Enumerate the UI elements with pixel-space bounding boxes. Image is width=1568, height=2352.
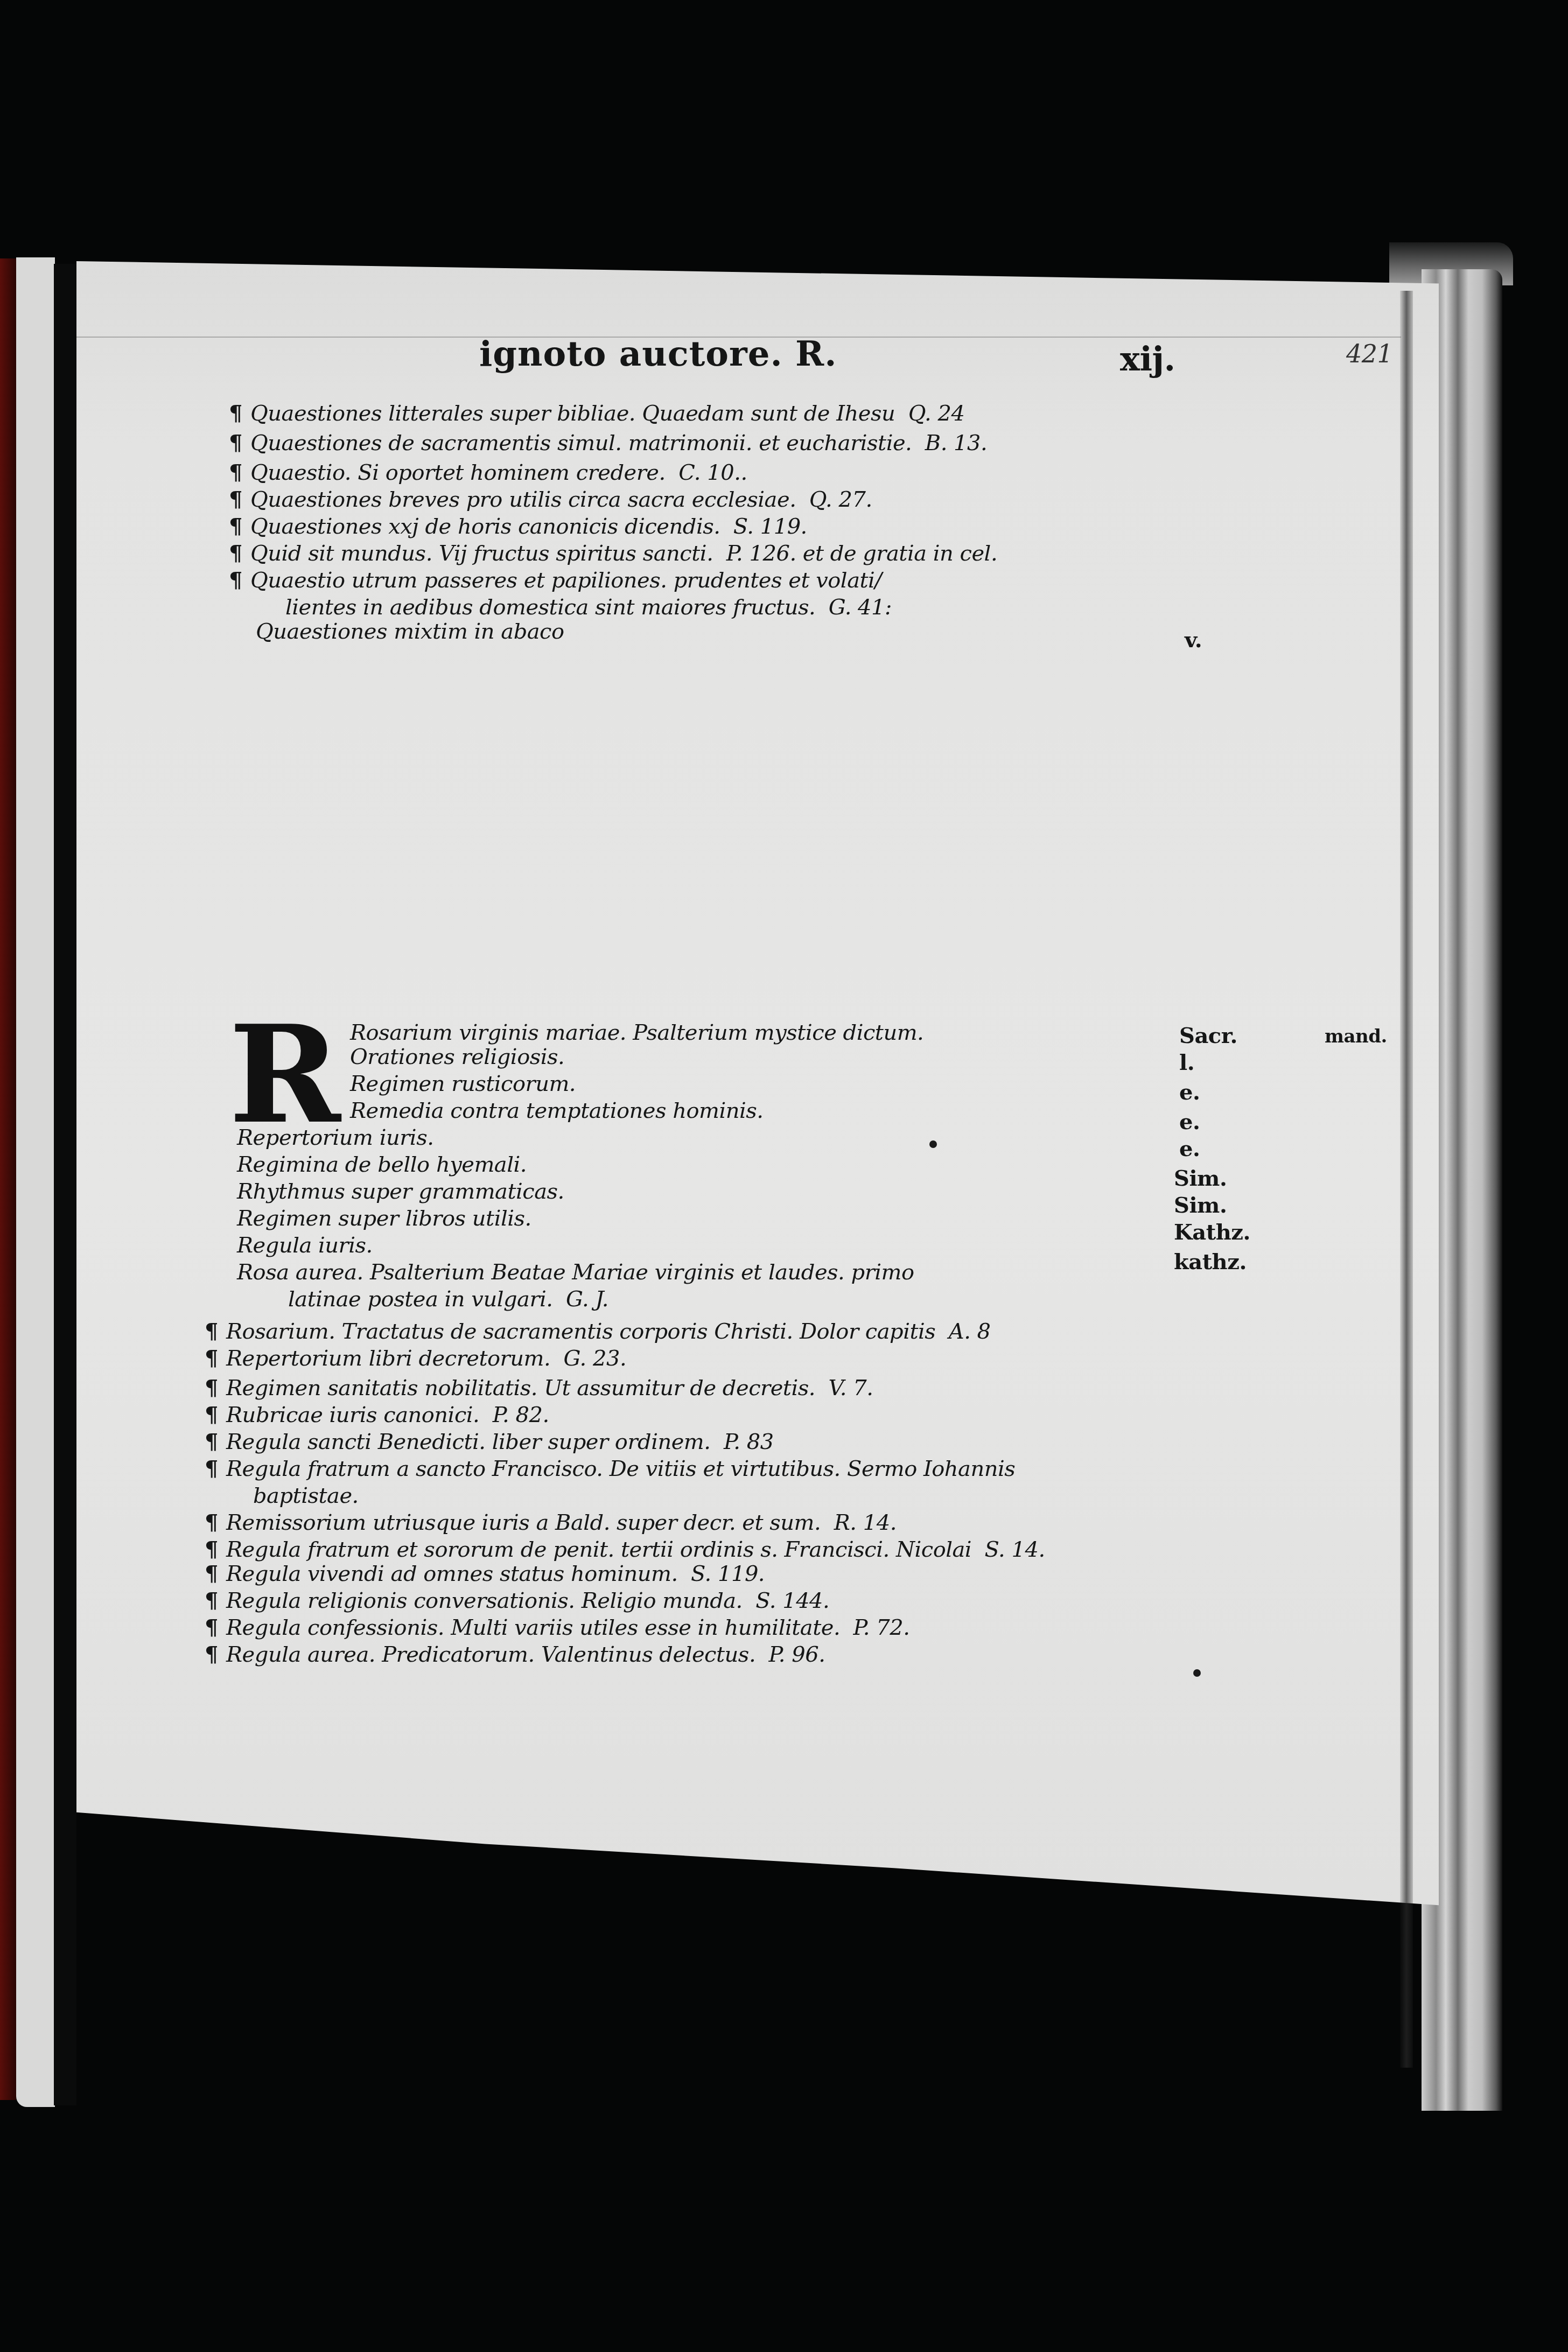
entry-text: Repertorium libri decretorum. xyxy=(226,1346,550,1371)
entry-text: Rubricae iuris canonici. xyxy=(226,1403,479,1427)
entry-text: Regula confessionis. Multi variis utiles… xyxy=(226,1615,840,1640)
entry-ref: S. 119. xyxy=(691,1562,765,1586)
pilcrow-icon: ¶ xyxy=(205,1615,226,1640)
margin-note: kathz. xyxy=(1174,1249,1247,1275)
pilcrow-icon: ¶ xyxy=(205,1376,226,1401)
index-entry: ¶Quaestiones litterales super bibliae. Q… xyxy=(229,401,964,426)
index-entry: Rosarium virginis mariae. Psalterium mys… xyxy=(350,1020,923,1045)
pilcrow-icon: ¶ xyxy=(205,1346,226,1371)
entry-ref: P. 82. xyxy=(493,1403,549,1427)
entry-ref: V. 7. xyxy=(828,1376,873,1401)
margin-note: e. xyxy=(1179,1136,1200,1161)
entry-ref: Q. 24 xyxy=(908,401,965,426)
index-entry: Regula iuris. xyxy=(237,1233,373,1258)
entry-text: Quaestiones xxj de horis canonicis dicen… xyxy=(250,514,720,539)
entry-ref: G. 41: xyxy=(829,595,892,620)
pilcrow-icon: ¶ xyxy=(205,1319,226,1344)
entry-ref: A. 8 xyxy=(949,1319,991,1344)
index-entry: ¶Regula sancti Benedicti. liber super or… xyxy=(205,1430,774,1454)
entry-text: Quid sit mundus. Vij fructus spiritus sa… xyxy=(250,541,713,566)
index-entry: Regimen rusticorum. xyxy=(350,1072,576,1096)
entry-text: Quaestio utrum passeres et papiliones. p… xyxy=(250,568,881,593)
pilcrow-icon: ¶ xyxy=(229,487,250,512)
entry-ref: G. 23. xyxy=(564,1346,627,1371)
index-entry: ¶Repertorium libri decretorum. G. 23. xyxy=(205,1346,626,1371)
index-entry: ¶Regula religionis conversationis. Relig… xyxy=(205,1588,829,1613)
page-heading: ignoto auctore. R. xyxy=(479,334,837,374)
entry-text: Remissorium utriusque iuris a Bald. supe… xyxy=(226,1510,821,1535)
index-entry: ¶Remissorium utriusque iuris a Bald. sup… xyxy=(205,1510,897,1535)
pilcrow-icon: ¶ xyxy=(205,1457,226,1481)
pilcrow-icon: ¶ xyxy=(229,460,250,485)
margin-note: e. xyxy=(1179,1109,1200,1135)
index-entry: ¶Quaestiones breves pro utilis circa sac… xyxy=(229,487,872,512)
index-entry: ¶Rosarium. Tractatus de sacramentis corp… xyxy=(205,1319,991,1344)
pilcrow-icon: ¶ xyxy=(229,568,250,593)
index-entry-continuation: lientes in aedibus domestica sint maiore… xyxy=(285,595,892,620)
index-entry: Regimina de bello hyemali. xyxy=(237,1152,527,1177)
index-entry: Rhythmus super grammaticas. xyxy=(237,1179,564,1204)
entry-text: Regula sancti Benedicti. liber super ord… xyxy=(226,1430,711,1454)
margin-note: Sim. xyxy=(1174,1193,1227,1218)
pilcrow-icon: ¶ xyxy=(229,541,250,566)
entry-text: Regula fratrum a sancto Francisco. De vi… xyxy=(226,1457,1015,1481)
index-entry: ¶Quaestiones de sacramentis simul. matri… xyxy=(229,431,987,456)
index-entry: ¶Quid sit mundus. Vij fructus spiritus s… xyxy=(229,541,997,566)
margin-note: Sim. xyxy=(1174,1166,1227,1191)
index-entry: Repertorium iuris. xyxy=(237,1125,433,1150)
entry-ref: R. 14. xyxy=(834,1510,897,1535)
pilcrow-icon: ¶ xyxy=(205,1430,226,1454)
index-entry-continuation: latinae postea in vulgari. G. J. xyxy=(288,1287,608,1312)
entry-ref: P. 83 xyxy=(724,1430,774,1454)
margin-note: v. xyxy=(1185,627,1202,653)
entry-text: latinae postea in vulgari. xyxy=(288,1287,553,1312)
index-entry: ¶Rubricae iuris canonici. P. 82. xyxy=(205,1403,549,1427)
entry-text: Rosarium. Tractatus de sacramentis corpo… xyxy=(226,1319,935,1344)
book-gutter xyxy=(54,264,76,2105)
entry-text: Quaestiones de sacramentis simul. matrim… xyxy=(250,431,912,456)
binding-strip-red xyxy=(0,258,16,2100)
entry-ref: P. 126. et de gratia in cel. xyxy=(726,541,997,566)
entry-ref: B. 13. xyxy=(925,431,987,456)
facing-page-edge xyxy=(16,257,55,2107)
pilcrow-icon: ¶ xyxy=(229,431,250,456)
pilcrow-icon: ¶ xyxy=(229,514,250,539)
pilcrow-icon: ¶ xyxy=(205,1403,226,1427)
margin-note: Kathz. xyxy=(1174,1220,1250,1245)
decorated-initial-r: R xyxy=(229,1007,341,1142)
index-entry: ¶Regula fratrum a sancto Francisco. De v… xyxy=(205,1457,1015,1481)
index-entry: ¶Regula aurea. Predicatorum. Valentinus … xyxy=(205,1642,825,1667)
entry-text: Regimen sanitatis nobilitatis. Ut assumi… xyxy=(226,1376,815,1401)
margin-note: Sacr. xyxy=(1179,1023,1237,1048)
ink-dot xyxy=(1193,1669,1201,1677)
index-entry-continuation: baptistae. xyxy=(253,1483,359,1508)
index-entry: ¶Quaestio. Si oportet hominem credere. C… xyxy=(229,460,747,485)
pilcrow-icon: ¶ xyxy=(205,1642,226,1667)
entry-text: Regula vivendi ad omnes status hominum. xyxy=(226,1562,678,1586)
entry-text: lientes in aedibus domestica sint maiore… xyxy=(285,595,815,620)
entry-ref: S. 119. xyxy=(733,514,807,539)
index-entry: ¶Quaestio utrum passeres et papiliones. … xyxy=(229,568,881,593)
pilcrow-icon: ¶ xyxy=(205,1537,226,1562)
entry-text: Quaestiones litterales super bibliae. Qu… xyxy=(250,401,895,426)
entry-text: Quaestiones mixtim in abaco xyxy=(256,619,564,644)
entry-text: Regula religionis conversationis. Religi… xyxy=(226,1588,743,1613)
index-entry: Orationes religiosis. xyxy=(350,1045,564,1069)
entry-ref: S. 144. xyxy=(755,1588,829,1613)
index-entry: ¶Regula fratrum et sororum de penit. ter… xyxy=(205,1537,1045,1562)
index-entry: ¶Quaestiones xxj de horis canonicis dice… xyxy=(229,514,807,539)
margin-note-far-right: mand. xyxy=(1325,1026,1387,1047)
entry-text: Quaestio. Si oportet hominem credere. xyxy=(250,460,666,485)
pilcrow-icon: ¶ xyxy=(205,1562,226,1586)
index-entry: Regimen super libros utilis. xyxy=(237,1206,531,1231)
index-entry: ¶Regula vivendi ad omnes status hominum.… xyxy=(205,1562,765,1586)
index-entry: Rosa aurea. Psalterium Beatae Mariae vir… xyxy=(237,1260,914,1285)
pilcrow-icon: ¶ xyxy=(205,1588,226,1613)
folio-number-arabic: 421 xyxy=(1346,339,1392,368)
ink-dot xyxy=(929,1140,937,1148)
entry-ref: C. 10.. xyxy=(678,460,747,485)
index-entry: Remedia contra temptationes hominis. xyxy=(350,1098,764,1123)
pilcrow-icon: ¶ xyxy=(229,401,250,426)
entry-ref: Q. 27. xyxy=(809,487,872,512)
entry-text: Quaestiones breves pro utilis circa sacr… xyxy=(250,487,796,512)
margin-note: l. xyxy=(1179,1050,1194,1075)
margin-note: e. xyxy=(1179,1080,1200,1105)
page-edge-shadow xyxy=(1400,291,1413,2068)
folio-number-roman: xij. xyxy=(1120,339,1175,379)
pilcrow-icon: ¶ xyxy=(205,1510,226,1535)
entry-text: Regula fratrum et sororum de penit. tert… xyxy=(226,1537,971,1562)
entry-ref: G. J. xyxy=(566,1287,608,1312)
index-entry: ¶Regula confessionis. Multi variis utile… xyxy=(205,1615,909,1640)
index-entry: Quaestiones mixtim in abaco xyxy=(256,619,564,644)
entry-text: Regula aurea. Predicatorum. Valentinus d… xyxy=(226,1642,755,1667)
entry-ref: P. 96. xyxy=(769,1642,825,1667)
entry-ref: S. 14. xyxy=(985,1537,1045,1562)
entry-ref: P. 72. xyxy=(853,1615,910,1640)
index-entry: ¶Regimen sanitatis nobilitatis. Ut assum… xyxy=(205,1376,873,1401)
